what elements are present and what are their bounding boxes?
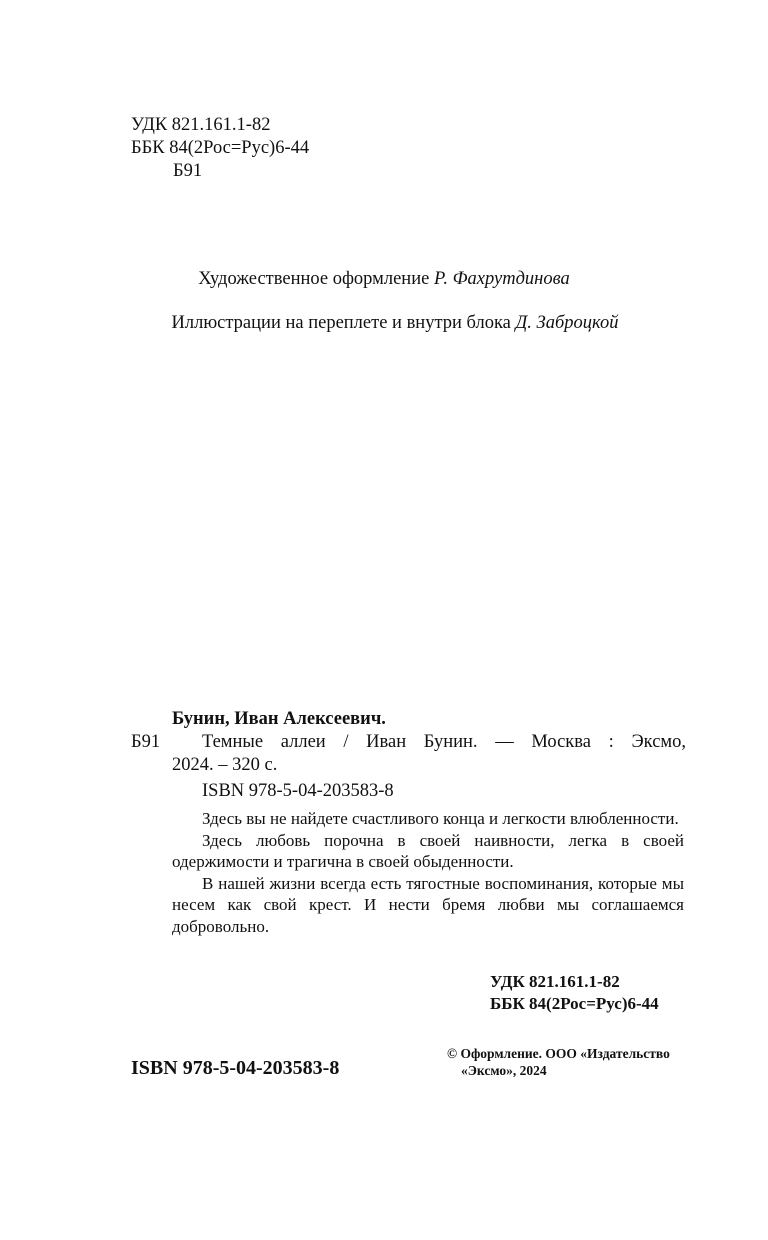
- bbk-code-top: ББК 84(2Рос=Рус)6-44: [131, 137, 309, 160]
- udk-code-top: УДК 821.161.1-82: [131, 114, 270, 137]
- catalog-mark: Б91: [131, 731, 160, 754]
- annotation-paragraph: В нашей жизни всегда есть тягостные восп…: [172, 873, 684, 938]
- design-credit-name: Р. Фахрутдинова: [434, 269, 570, 289]
- design-credit: Художественное оформление Р. Фахрутдинов…: [0, 268, 768, 291]
- annotation: Здесь вы не найдете счастливого конца и …: [172, 808, 684, 937]
- catalog-author-heading: Бунин, Иван Алексеевич.: [172, 708, 386, 731]
- illustrations-credit-label: Иллюстрации на переплете и внутри блока: [172, 313, 511, 333]
- illustrations-credit: Иллюстрации на переплете и внутри блока …: [0, 312, 768, 335]
- bbk-code-bottom: ББК 84(2Рос=Рус)6-44: [490, 993, 659, 1015]
- design-credit-label: Художественное оформление: [198, 269, 429, 289]
- annotation-paragraph: Здесь вы не найдете счастливого конца и …: [172, 808, 684, 830]
- annotation-paragraph: Здесь любовь порочна в своей наивности, …: [172, 830, 684, 873]
- copyright-line1: © Оформление. ООО «Издательство: [447, 1045, 670, 1062]
- copyright-line2: «Эксмо», 2024: [461, 1062, 547, 1079]
- catalog-isbn: ISBN 978-5-04-203583-8: [202, 780, 394, 803]
- author-mark-top: Б91: [173, 160, 202, 183]
- footer-isbn: ISBN 978-5-04-203583-8: [131, 1056, 339, 1080]
- catalog-title-line2: 2024. – 320 с.: [172, 754, 277, 777]
- catalog-title-line1: Темные аллеи / Иван Бунин. — Москва : Эк…: [202, 731, 686, 754]
- udk-code-bottom: УДК 821.161.1-82: [490, 971, 620, 993]
- illustrations-credit-name: Д. Заброцкой: [516, 313, 619, 333]
